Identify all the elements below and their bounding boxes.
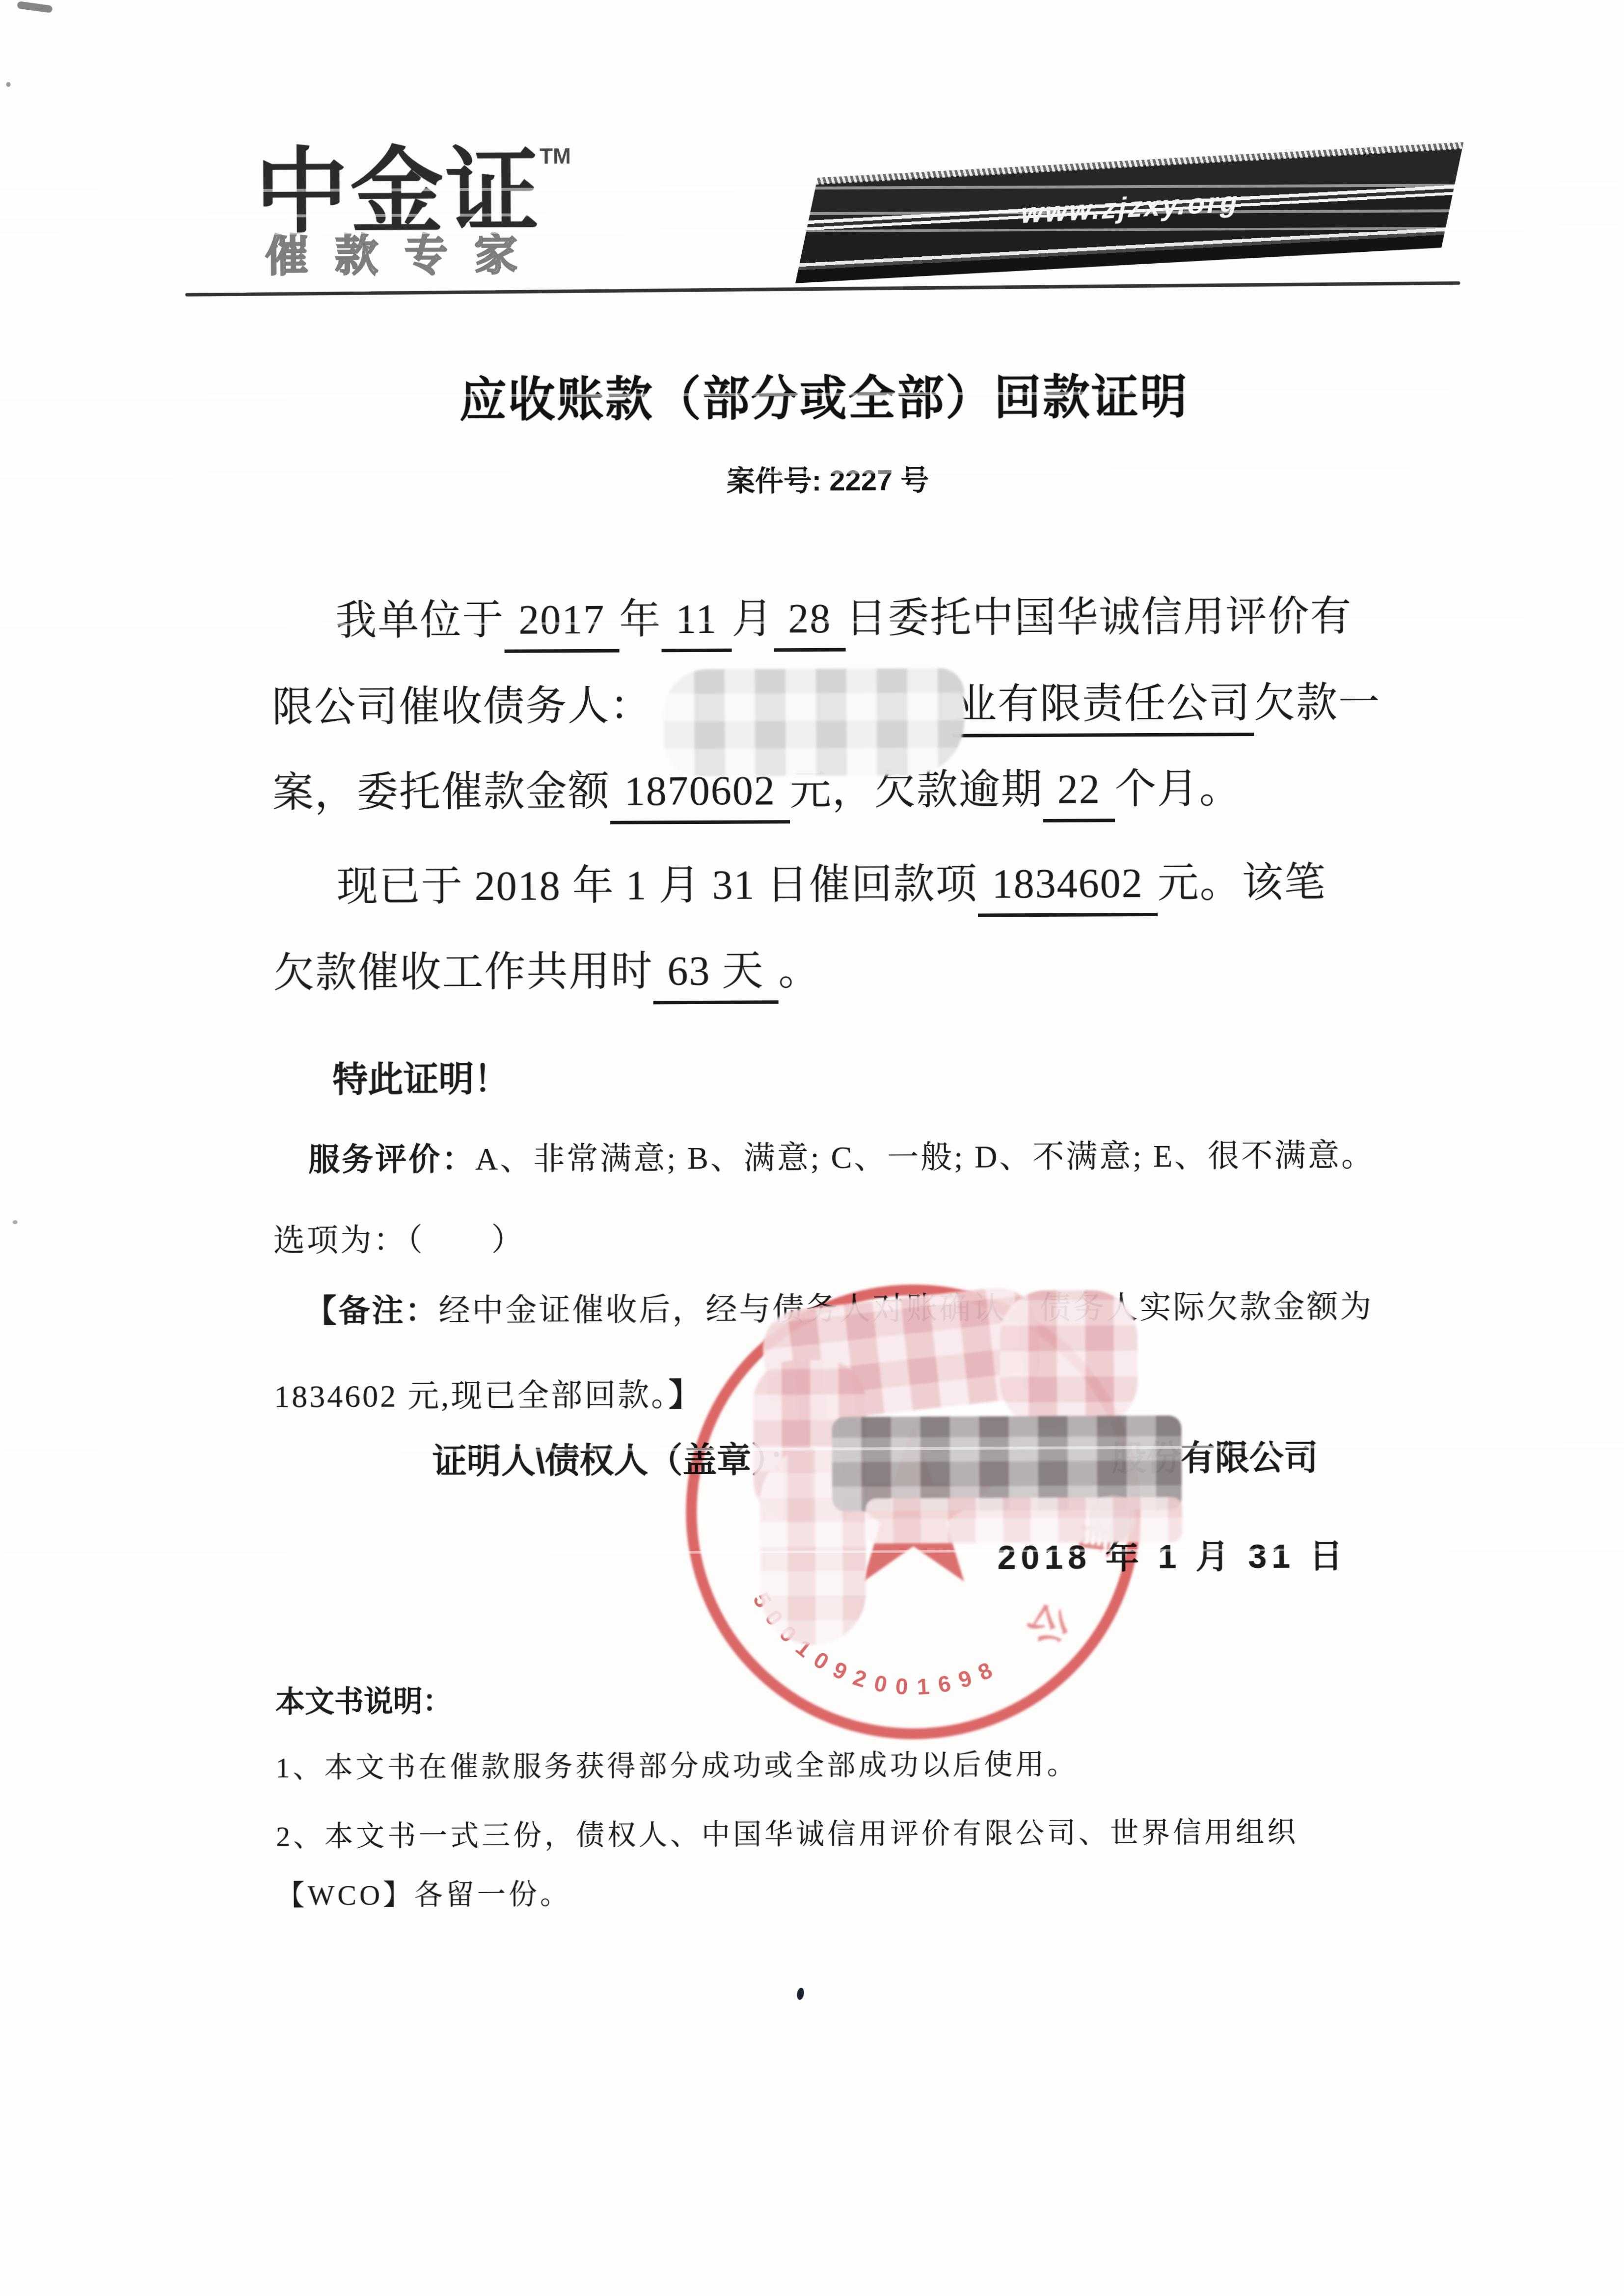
underlined-value: 1870602 [610, 768, 790, 824]
attestation-statement: 特此证明！ [332, 1057, 509, 1102]
remark-line2: 1834602 元,现已全部回款。】 [274, 1375, 702, 1417]
underlined-value: 业有限责任公司 [952, 681, 1254, 738]
text-segment: 欠款一 [1254, 680, 1380, 726]
svg-text:0: 0 [895, 1673, 909, 1700]
rating-option-line: 选项为：（ ） [273, 1220, 525, 1260]
underlined-value: 28 [774, 596, 845, 652]
underlined-value: 2017 [504, 597, 619, 653]
underlined-value: 63 天 [653, 948, 779, 1004]
text-segment: 现已于 2018 年 1 月 31 日催回款项 [336, 862, 977, 910]
text-segment: 案，委托催款金额 [272, 769, 610, 816]
text-segment: 日委托中国华诚信用评价有 [845, 594, 1352, 642]
svg-text:公: 公 [1020, 1596, 1079, 1654]
case-number: 案件号: 2227 号 [0, 454, 1621, 502]
scan-speck [17, 1, 53, 13]
footnote-item-2: 2、本文书一式三份，债权人、中国华诚信用评价有限公司、世界信用组织 [276, 1815, 1299, 1855]
text-segment: 个月。 [1115, 766, 1242, 812]
trademark-symbol: TM [540, 144, 571, 169]
underlined-value: 11 [661, 597, 731, 653]
company-logo: 中金证 [255, 144, 541, 239]
scanned-document-page: 中金证 TM 催款专家 www.zjzxy.org 应收账款（部分或全部）回款证… [0, 0, 1624, 2296]
text-segment: A、非常满意; B、满意; C、一般; D、不满意; E、很不满意。 [475, 1138, 1375, 1176]
text-segment: 。 [778, 948, 820, 994]
text-segment: 我单位于 [335, 598, 504, 644]
svg-text:0: 0 [809, 1646, 833, 1675]
svg-text:9: 9 [829, 1656, 851, 1685]
text-segment: 限公司催收债务人： [272, 683, 652, 730]
paragraph1-line1: 我单位于 2017 年 11 月 28 日委托中国华诚信用评价有 [335, 591, 1352, 647]
scan-speck [6, 82, 11, 87]
footnote-heading: 本文书说明： [275, 1683, 452, 1721]
text-segment: 元。该笔 [1157, 860, 1326, 906]
text-segment: 服务评价： [308, 1142, 475, 1177]
scan-speck [13, 1220, 18, 1224]
text-segment: 1834602 元,现已全部回款。 [274, 1377, 669, 1414]
paragraph2-line2: 欠款催收工作共用时 63 天 。 [273, 945, 820, 999]
debtor-name-redaction [664, 668, 965, 777]
svg-text:0: 0 [872, 1670, 889, 1697]
seal-text-redaction-5 [866, 1497, 1182, 1544]
header-divider-line [185, 281, 1460, 297]
footnote-item-1: 1、本文书在催款服务获得部分成功或全部成功以后使用。 [275, 1747, 1078, 1786]
underlined-value: 1834602 [977, 861, 1157, 917]
document-sheet: 中金证 TM 催款专家 www.zjzxy.org 应收账款（部分或全部）回款证… [0, 0, 1624, 2296]
svg-text:8: 8 [974, 1657, 996, 1686]
footnote-item-2-cont: 【WCO】各留一份。 [276, 1877, 571, 1913]
ink-dot [796, 1987, 805, 2000]
paragraph2-line1: 现已于 2018 年 1 月 31 日催回款项 1834602 元。该笔 [336, 857, 1326, 913]
seal-text-redaction-2 [1000, 1290, 1137, 1428]
text-segment: 【备注： [305, 1293, 438, 1328]
svg-text:2: 2 [850, 1665, 870, 1693]
svg-text:1: 1 [916, 1673, 930, 1699]
svg-text:6: 6 [936, 1670, 952, 1698]
underlined-value: 22 [1043, 766, 1115, 822]
text-segment: 月 [731, 596, 774, 642]
text-segment: 年 [619, 597, 661, 642]
logo-subtitle: 催款专家 [265, 231, 544, 279]
text-segment: 欠款催收工作共用时 [273, 949, 653, 996]
service-rating-line: 服务评价：A、非常满意; B、满意; C、一般; D、不满意; E、很不满意。 [308, 1136, 1375, 1179]
svg-text:9: 9 [955, 1665, 975, 1693]
